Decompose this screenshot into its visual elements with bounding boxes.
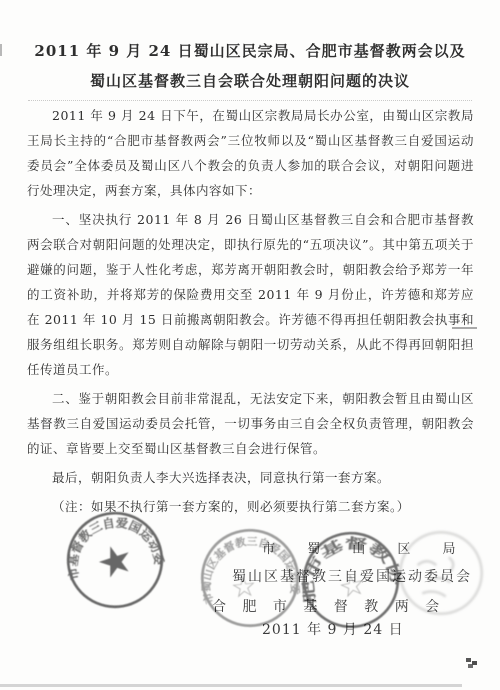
official-seal-faint xyxy=(394,526,488,620)
star-outline-icon: ☆ xyxy=(336,566,370,606)
title-divider xyxy=(28,100,472,101)
title-line-2: 蜀山区基督教三自会联合处理朝阳问题的决议 xyxy=(0,66,500,96)
title-line-1: 2011 年 9 月 24 日蜀山区民宗局、合肥市基督教两会以及 xyxy=(0,36,500,66)
seal-faint-marks xyxy=(418,557,454,596)
scan-artifact-left-edge xyxy=(0,44,2,56)
official-seal-left: 合肥市基督教三自爱国运动委员会 ★ xyxy=(54,499,177,622)
document-title: 2011 年 9 月 24 日蜀山区民宗局、合肥市基督教两会以及 蜀山区基督教三… xyxy=(0,36,500,96)
star-icon: ★ xyxy=(90,533,139,590)
paragraph-item-two: 二、鉴于朝阳教会目前非常混乱，无法安定下来，朝阳教会暂且由蜀山区基督教三自爱国运… xyxy=(27,386,474,461)
scan-artifact-bottom-band xyxy=(0,684,462,687)
star-outline-icon: ☆ xyxy=(229,568,258,605)
scan-artifact-underline xyxy=(452,327,477,329)
paragraph-intro: 2011 年 9 月 24 日下午，在蜀山区宗教局局长办公室，由蜀山区宗教局王局… xyxy=(27,103,474,203)
seal-ring xyxy=(400,532,481,613)
paragraph-item-one: 一、坚决执行 2011 年 8 月 26 日蜀山区基督教三自会和合肥市基督教两会… xyxy=(27,207,474,382)
scanned-document-page: 2011 年 9 月 24 日蜀山区民宗局、合肥市基督教两会以及 蜀山区基督教三… xyxy=(0,0,500,690)
paragraph-vote-result: 最后，朝阳负责人李大兴选择表决，同意执行第一套方案。 xyxy=(27,465,474,490)
document-body: 2011 年 9 月 24 日下午，在蜀山区宗教局局长办公室，由蜀山区宗教局王局… xyxy=(27,103,474,523)
official-seal-middle: 合肥市蜀山区基督教三自爱国运动委员会 ☆ xyxy=(191,519,310,638)
scan-artifact-smudge xyxy=(466,658,471,662)
